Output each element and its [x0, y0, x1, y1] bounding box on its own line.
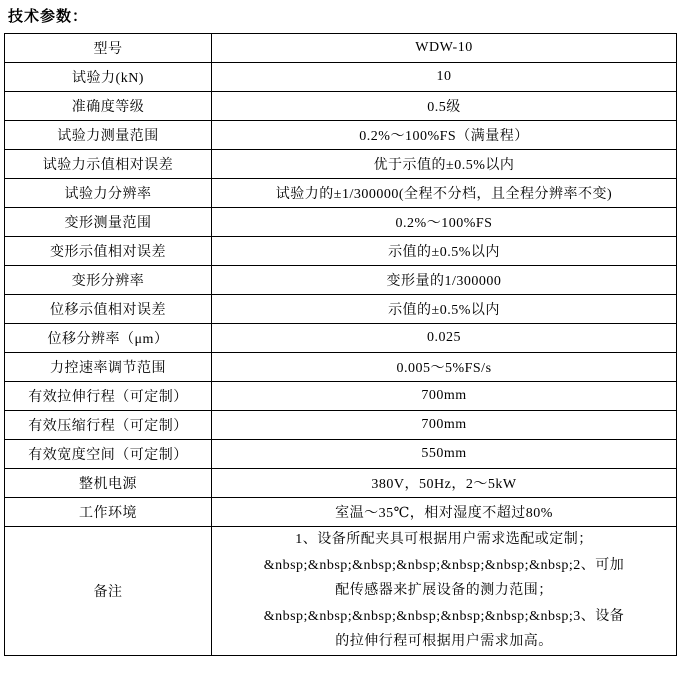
spec-label: 位移分辨率（μm）: [5, 324, 212, 353]
table-row: 试验力示值相对误差优于示值的±0.5%以内: [5, 150, 677, 179]
table-row: 工作环境室温～35℃，相对湿度不超过80%: [5, 498, 677, 527]
spec-label: 试验力分辨率: [5, 179, 212, 208]
spec-label: 试验力(kN): [5, 63, 212, 92]
spec-label: 力控速率调节范围: [5, 353, 212, 382]
table-row: 试验力测量范围0.2%～100%FS（满量程）: [5, 121, 677, 150]
spec-label: 有效宽度空间（可定制）: [5, 440, 212, 469]
table-row: 力控速率调节范围0.005～5%FS/s: [5, 353, 677, 382]
spec-value: 0.2%～100%FS: [212, 208, 677, 237]
table-row: 位移示值相对误差示值的±0.5%以内: [5, 295, 677, 324]
spec-table: 型号WDW-10试验力(kN)10准确度等级0.5级试验力测量范围0.2%～10…: [4, 33, 677, 656]
spec-value: 优于示值的±0.5%以内: [212, 150, 677, 179]
spec-label: 变形示值相对误差: [5, 237, 212, 266]
spec-value: 550mm: [212, 440, 677, 469]
spec-label: 备注: [5, 527, 212, 656]
spec-label: 试验力测量范围: [5, 121, 212, 150]
table-row: 备注1、设备所配夹具可根据用户需求选配或定制； &nbsp;&nbsp;&nbs…: [5, 527, 677, 656]
spec-value: 0.5级: [212, 92, 677, 121]
spec-label: 工作环境: [5, 498, 212, 527]
spec-page: 技术参数： 型号WDW-10试验力(kN)10准确度等级0.5级试验力测量范围0…: [0, 0, 681, 673]
spec-value: 0.005～5%FS/s: [212, 353, 677, 382]
spec-label: 变形分辨率: [5, 266, 212, 295]
spec-label: 有效压缩行程（可定制）: [5, 411, 212, 440]
spec-value: 10: [212, 63, 677, 92]
spec-label: 整机电源: [5, 469, 212, 498]
table-row: 变形测量范围0.2%～100%FS: [5, 208, 677, 237]
spec-value: 变形量的1/300000: [212, 266, 677, 295]
table-row: 变形示值相对误差示值的±0.5%以内: [5, 237, 677, 266]
spec-value: 0.025: [212, 324, 677, 353]
spec-label: 型号: [5, 34, 212, 63]
table-row: 有效拉伸行程（可定制）700mm: [5, 382, 677, 411]
table-row: 位移分辨率（μm）0.025: [5, 324, 677, 353]
page-title: 技术参数：: [0, 5, 681, 33]
spec-value: 室温～35℃，相对湿度不超过80%: [212, 498, 677, 527]
spec-value: 试验力的±1/300000(全程不分档，且全程分辨率不变): [212, 179, 677, 208]
table-row: 试验力分辨率试验力的±1/300000(全程不分档，且全程分辨率不变): [5, 179, 677, 208]
spec-label: 位移示值相对误差: [5, 295, 212, 324]
table-row: 试验力(kN)10: [5, 63, 677, 92]
table-row: 有效压缩行程（可定制）700mm: [5, 411, 677, 440]
spec-label: 有效拉伸行程（可定制）: [5, 382, 212, 411]
spec-value: 700mm: [212, 382, 677, 411]
table-row: 整机电源380V，50Hz，2～5kW: [5, 469, 677, 498]
spec-value: 0.2%～100%FS（满量程）: [212, 121, 677, 150]
spec-value: 700mm: [212, 411, 677, 440]
spec-value: 示值的±0.5%以内: [212, 237, 677, 266]
spec-value: 示值的±0.5%以内: [212, 295, 677, 324]
spec-value: 380V，50Hz，2～5kW: [212, 469, 677, 498]
spec-value: 1、设备所配夹具可根据用户需求选配或定制； &nbsp;&nbsp;&nbsp;…: [212, 527, 677, 656]
spec-label: 试验力示值相对误差: [5, 150, 212, 179]
table-row: 型号WDW-10: [5, 34, 677, 63]
table-row: 变形分辨率变形量的1/300000: [5, 266, 677, 295]
spec-label: 准确度等级: [5, 92, 212, 121]
spec-value: WDW-10: [212, 34, 677, 63]
table-row: 有效宽度空间（可定制）550mm: [5, 440, 677, 469]
table-row: 准确度等级0.5级: [5, 92, 677, 121]
spec-table-body: 型号WDW-10试验力(kN)10准确度等级0.5级试验力测量范围0.2%～10…: [5, 34, 677, 656]
spec-label: 变形测量范围: [5, 208, 212, 237]
